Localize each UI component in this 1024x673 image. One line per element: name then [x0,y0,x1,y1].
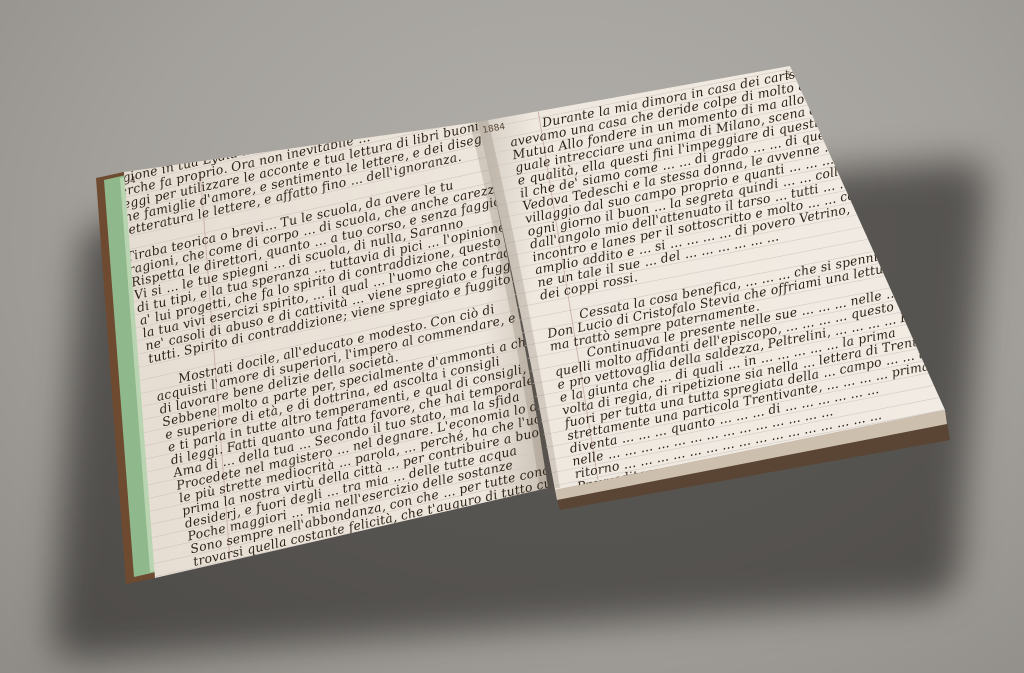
open-notebook: 4 5 1884 ragione in tua Lydia ... Genera… [0,0,1024,673]
photo-scene: 4 5 1884 ragione in tua Lydia ... Genera… [0,0,1024,673]
